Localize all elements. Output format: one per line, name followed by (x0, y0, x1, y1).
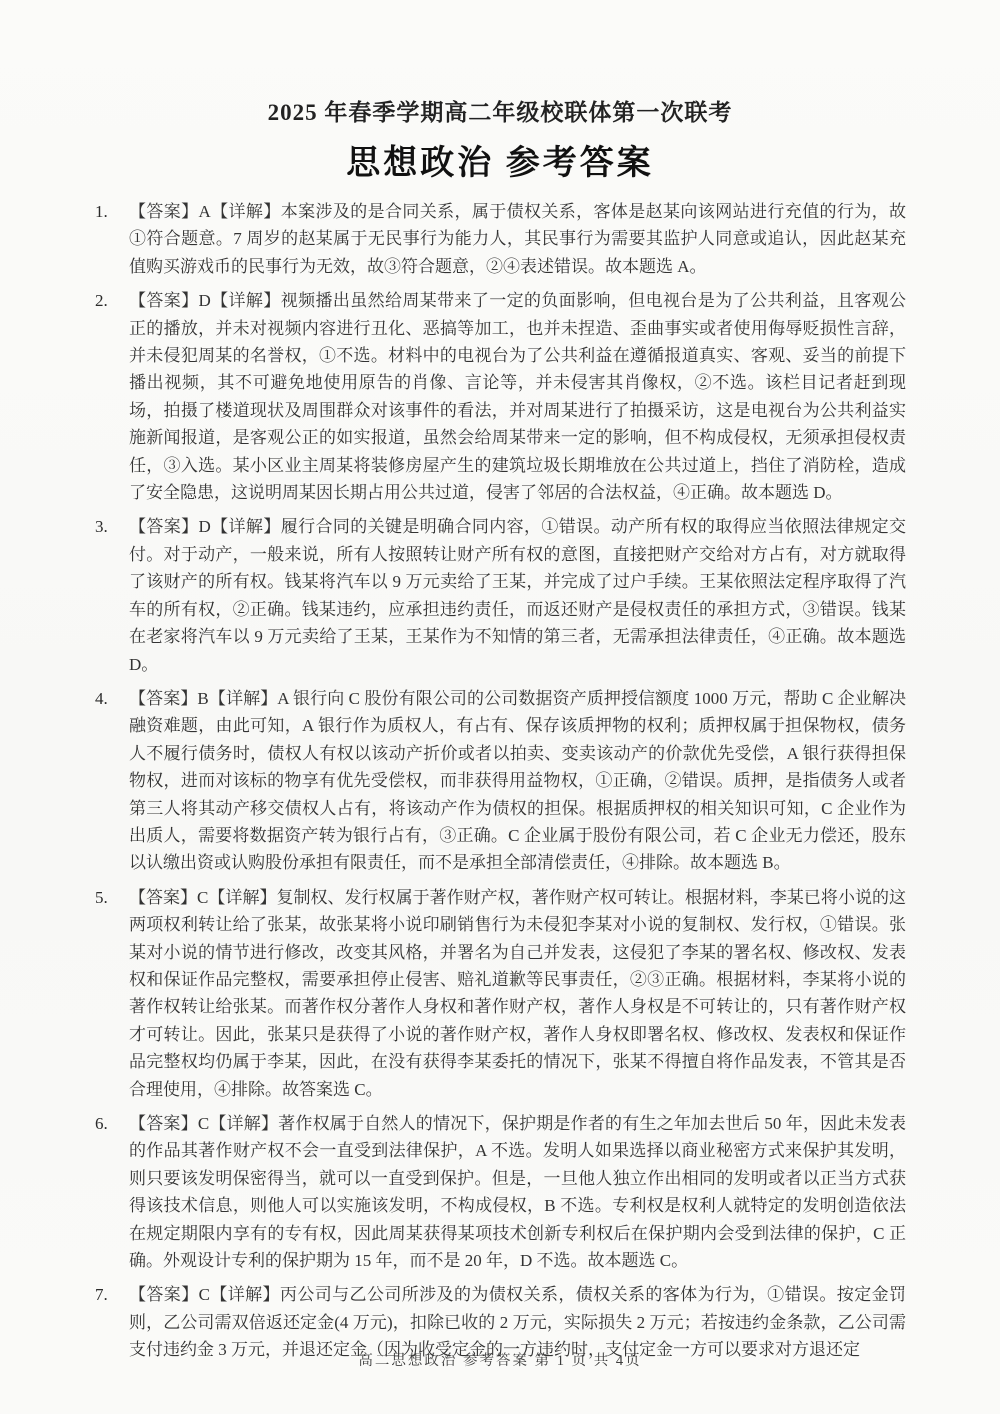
answer-text: 【答案】A【详解】本案涉及的是合同关系，属于债权关系，客体是赵某向该网站进行充值… (129, 202, 906, 276)
answer-item: 4.【答案】B【详解】A 银行向 C 股份有限公司的公司数据资产质押授信额度 1… (95, 685, 906, 877)
answer-text: 【答案】D【详解】履行合同的关键是明确合同内容，①错误。动产所有权的取得应当依照… (129, 517, 906, 673)
answer-number: 3. (95, 513, 125, 540)
answer-number: 6. (95, 1110, 125, 1137)
answer-text: 【答案】B【详解】A 银行向 C 股份有限公司的公司数据资产质押授信额度 100… (129, 689, 906, 872)
answer-text: 【答案】C【详解】复制权、发行权属于著作财产权，著作财产权可转让。根据材料，李某… (129, 888, 906, 1099)
subject-title: 思想政治 参考答案 (0, 135, 1000, 184)
answer-number: 5. (95, 884, 125, 911)
page-footer: 高二思想政治 参考答案 第 1 页 共 4页 (0, 1349, 1000, 1370)
answer-item: 5.【答案】C【详解】复制权、发行权属于著作财产权，著作财产权可转让。根据材料，… (95, 884, 906, 1103)
answer-number: 1. (95, 198, 125, 225)
answer-item: 3.【答案】D【详解】履行合同的关键是明确合同内容，①错误。动产所有权的取得应当… (95, 513, 906, 677)
answer-item: 1.【答案】A【详解】本案涉及的是合同关系，属于债权关系，客体是赵某向该网站进行… (95, 198, 906, 280)
exam-title: 2025 年春季学期高二年级校联体第一次联考 (0, 94, 1000, 127)
answer-number: 7. (95, 1281, 125, 1308)
answer-text: 【答案】D【详解】视频播出虽然给周某带来了一定的负面影响，但电视台是为了公共利益… (129, 291, 906, 502)
answer-text: 【答案】C【详解】著作权属于自然人的情况下，保护期是作者的有生之年加去世后 50… (129, 1114, 906, 1270)
answer-item: 2.【答案】D【详解】视频播出虽然给周某带来了一定的负面影响，但电视台是为了公共… (95, 287, 906, 506)
document-header: 2025 年春季学期高二年级校联体第一次联考 思想政治 参考答案 (0, 0, 1000, 184)
answer-list: 1.【答案】A【详解】本案涉及的是合同关系，属于债权关系，客体是赵某向该网站进行… (95, 198, 906, 1364)
answer-item: 6.【答案】C【详解】著作权属于自然人的情况下，保护期是作者的有生之年加去世后 … (95, 1110, 906, 1274)
answer-number: 2. (95, 287, 125, 314)
answer-number: 4. (95, 685, 125, 712)
answer-key-page: 2025 年春季学期高二年级校联体第一次联考 思想政治 参考答案 1.【答案】A… (0, 0, 1000, 1414)
